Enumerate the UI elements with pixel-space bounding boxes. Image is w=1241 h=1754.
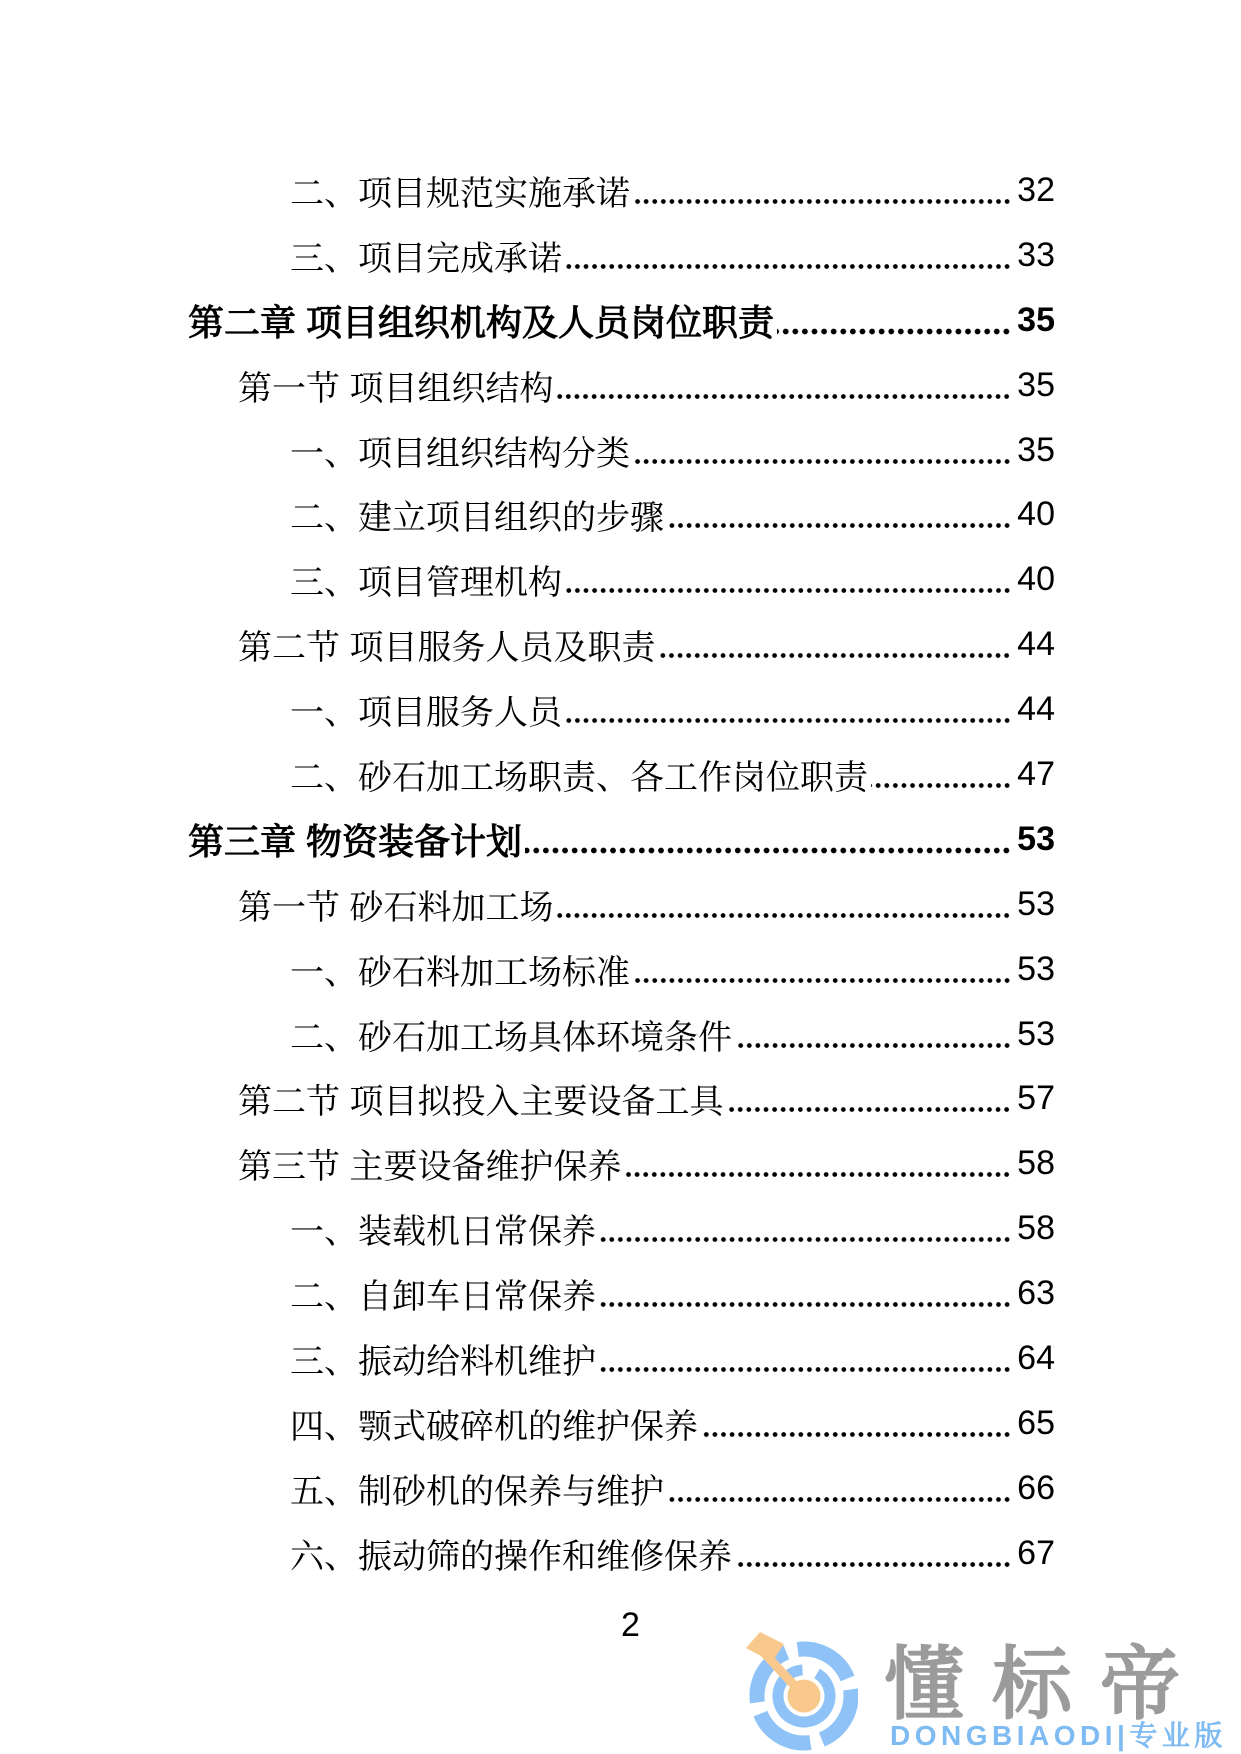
leader-dots (556, 393, 1012, 400)
toc-entry-page: 53 (1017, 1015, 1055, 1054)
toc-entry-label: 一、装载机日常保养 (290, 1204, 596, 1253)
toc-entry-label: 第一节 项目组织结构 (238, 361, 553, 410)
toc-entry-page: 44 (1017, 690, 1055, 729)
toc-entry-label: 二、砂石加工场职责、各工作岗位职责 (290, 750, 868, 799)
leader-dots (556, 912, 1012, 919)
leader-dots (565, 263, 1012, 270)
document-page: 二、项目规范实施承诺32 三、项目完成承诺33 第二章 项目组织机构及人员岗位职… (0, 0, 1241, 1754)
toc-entry-label: 四、颚式破碎机的维护保养 (290, 1399, 698, 1448)
toc-entry-label: 三、振动给料机维护 (290, 1334, 596, 1383)
toc-entry-label: 第三章 物资装备计划 (188, 814, 522, 865)
leader-dots (599, 1301, 1012, 1308)
toc-entry-page: 35 (1017, 366, 1055, 405)
leader-dots (871, 782, 1012, 789)
leader-dots (599, 1366, 1012, 1373)
toc-entry-page: 64 (1017, 1339, 1055, 1378)
toc-entry-label: 第二节 项目拟投入主要设备工具 (238, 1074, 723, 1123)
toc-entry-label: 二、自卸车日常保养 (290, 1269, 596, 1318)
leader-dots (667, 522, 1012, 529)
target-arrow-icon (744, 1632, 858, 1754)
toc-entry-page: 66 (1017, 1469, 1055, 1508)
leader-dots (565, 717, 1012, 724)
leader-dots (633, 198, 1012, 205)
toc-entry-chapter[interactable]: 第三章 物资装备计划53 (188, 807, 1055, 872)
toc-entry-page: 53 (1017, 885, 1055, 924)
toc-entry-section[interactable]: 第三节 主要设备维护保养58 (188, 1131, 1055, 1196)
toc-entry[interactable]: 二、砂石加工场职责、各工作岗位职责47 (188, 742, 1055, 807)
toc-entry-page: 65 (1017, 1404, 1055, 1443)
toc-entry-page: 53 (1017, 950, 1055, 989)
leader-dots (633, 458, 1012, 465)
toc-entry[interactable]: 五、制砂机的保养与维护66 (188, 1456, 1055, 1521)
leader-dots (667, 1496, 1012, 1503)
toc-entry-page: 40 (1017, 560, 1055, 599)
toc-entry-label: 第三节 主要设备维护保养 (238, 1139, 621, 1188)
toc-entry[interactable]: 二、砂石加工场具体环境条件53 (188, 1002, 1055, 1067)
toc-entry-page: 53 (1017, 820, 1055, 859)
toc-entry[interactable]: 一、项目服务人员44 (188, 677, 1055, 742)
toc-entry-page: 32 (1017, 171, 1055, 210)
toc-entry-label: 二、建立项目组织的步骤 (290, 490, 664, 539)
toc-entry-page: 63 (1017, 1274, 1055, 1313)
leader-dots (726, 1106, 1012, 1113)
leader-dots (701, 1431, 1012, 1438)
leader-dots (735, 1042, 1012, 1049)
toc-entry[interactable]: 一、砂石料加工场标准53 (188, 937, 1055, 1002)
toc-entry[interactable]: 二、自卸车日常保养63 (188, 1261, 1055, 1326)
toc-entry-page: 35 (1017, 301, 1055, 340)
toc-entry-page: 44 (1017, 625, 1055, 664)
toc-entry[interactable]: 二、项目规范实施承诺32 (188, 158, 1055, 223)
leader-dots (777, 328, 1012, 335)
toc-entry-label: 第二节 项目服务人员及职责 (238, 620, 655, 669)
toc-entry-section[interactable]: 第一节 砂石料加工场53 (188, 872, 1055, 937)
toc-entry-page: 35 (1017, 431, 1055, 470)
watermark-subtext: DONGBIAODI|专业版 (890, 1719, 1227, 1753)
toc-entry[interactable]: 二、建立项目组织的步骤40 (188, 482, 1055, 547)
toc-entry-label: 六、振动筛的操作和维修保养 (290, 1529, 732, 1578)
leader-dots (565, 587, 1012, 594)
toc-entry-page: 58 (1017, 1209, 1055, 1248)
toc-entry-page: 33 (1017, 236, 1055, 275)
toc-entry-label: 三、项目完成承诺 (290, 231, 562, 280)
toc-entry-label: 二、项目规范实施承诺 (290, 166, 630, 215)
toc-entry-label: 五、制砂机的保养与维护 (290, 1464, 664, 1513)
toc-entry[interactable]: 三、振动给料机维护64 (188, 1326, 1055, 1391)
watermark-brand-text: 懂标帝 (884, 1645, 1208, 1725)
toc-entry-section[interactable]: 第二节 项目拟投入主要设备工具57 (188, 1066, 1055, 1131)
toc-entry[interactable]: 三、项目完成承诺33 (188, 223, 1055, 288)
toc-entry-page: 47 (1017, 755, 1055, 794)
table-of-contents: 二、项目规范实施承诺32 三、项目完成承诺33 第二章 项目组织机构及人员岗位职… (188, 158, 1055, 1586)
toc-entry[interactable]: 三、项目管理机构40 (188, 547, 1055, 612)
toc-entry-label: 一、项目服务人员 (290, 685, 562, 734)
leader-dots (599, 1236, 1012, 1243)
toc-entry-section[interactable]: 第一节 项目组织结构35 (188, 353, 1055, 418)
leader-dots (624, 1171, 1012, 1178)
toc-entry[interactable]: 六、振动筛的操作和维修保养67 (188, 1521, 1055, 1586)
toc-entry[interactable]: 四、颚式破碎机的维护保养65 (188, 1391, 1055, 1456)
toc-entry-page: 67 (1017, 1534, 1055, 1573)
toc-entry[interactable]: 一、装载机日常保养58 (188, 1196, 1055, 1261)
leader-dots (525, 847, 1012, 854)
leader-dots (633, 977, 1012, 984)
toc-entry-chapter[interactable]: 第二章 项目组织机构及人员岗位职责35 (188, 288, 1055, 353)
toc-entry-page: 57 (1017, 1079, 1055, 1118)
toc-entry-label: 一、砂石料加工场标准 (290, 945, 630, 994)
leader-dots (658, 652, 1012, 659)
toc-entry-label: 二、砂石加工场具体环境条件 (290, 1010, 732, 1059)
toc-entry-page: 40 (1017, 495, 1055, 534)
toc-entry-page: 58 (1017, 1144, 1055, 1183)
toc-entry[interactable]: 一、项目组织结构分类35 (188, 418, 1055, 483)
toc-entry-label: 第二章 项目组织机构及人员岗位职责 (188, 295, 774, 346)
toc-entry-label: 三、项目管理机构 (290, 555, 562, 604)
toc-entry-label: 第一节 砂石料加工场 (238, 880, 553, 929)
leader-dots (735, 1561, 1012, 1568)
toc-entry-section[interactable]: 第二节 项目服务人员及职责44 (188, 612, 1055, 677)
toc-entry-label: 一、项目组织结构分类 (290, 426, 630, 475)
